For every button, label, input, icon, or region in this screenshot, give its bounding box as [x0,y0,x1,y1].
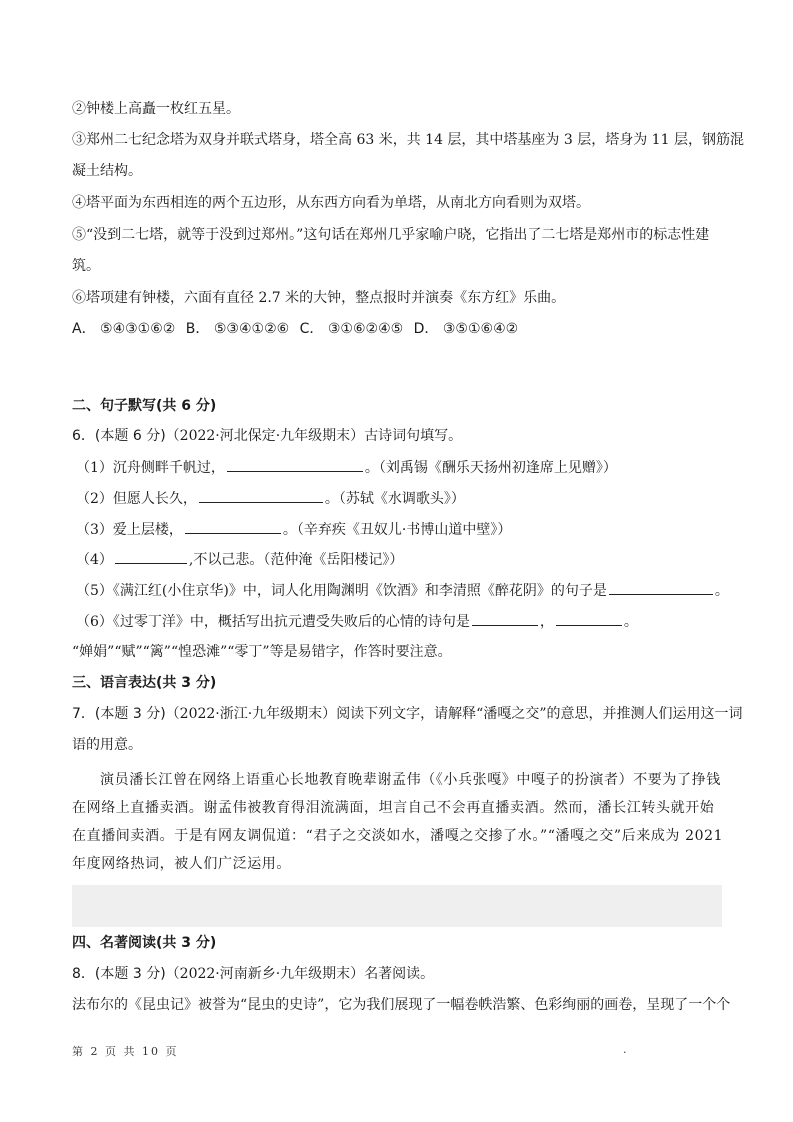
item-marker: ② [72,101,86,117]
exam-page: ②钟楼上高矗一枚红五星。 ③郑州二七纪念塔为双身并联式塔身，塔全高 63 米，共… [0,0,793,1122]
item-text: 塔项建有钟楼，六面有直径 2.7 米的大钟，整点报时并演奏《东方红》乐曲。 [86,290,565,306]
question-7-stem-continuation: 语的用意。 [72,735,727,755]
answer-area[interactable] [72,885,722,927]
question-score: (本题 3 分) [95,706,166,722]
page-number: 第 2 页 共 10 页 [72,1043,178,1059]
item-text: 郑州二七纪念塔为双身并联式塔身，塔全高 63 米，共 14 层，其中塔基座为 3… [86,132,744,148]
answer-blank[interactable] [115,549,187,564]
option-a[interactable]: A． ⑤④③①⑥② [72,321,175,337]
q6-item-2: （2）但愿人长久，。（苏轼《水调歌头》） [76,488,731,509]
q5-item-6: ⑥塔项建有钟楼，六面有直径 2.7 米的大钟，整点报时并演奏《东方红》乐曲。 [72,288,727,308]
q5-item-3: ③郑州二七纪念塔为双身并联式塔身，塔全高 63 米，共 14 层，其中塔基座为 … [72,130,727,150]
question-source: （2022·河北保定·九年级期末） [166,428,365,444]
section-4-heading: 四、名著阅读(共 3 分) [72,933,727,953]
reading-passage: 演员潘长江曾在网络上语重心长地教育晚辈谢孟伟（《小兵张嘎》中嘎子的扮演者）不要为… [72,766,724,878]
item-text: “没到二七塔，就等于没到过郑州。”这句话在郑州几乎家喻户晓，它指出了二七塔是郑州… [86,227,709,243]
q5-item-5-continuation: 筑。 [72,256,727,276]
answer-blank[interactable] [227,457,363,472]
q5-item-3-continuation: 凝土结构。 [72,161,727,181]
question-7-stem: 7．(本题 3 分)（2022·浙江·九年级期末）阅读下列文字，请解释“潘嘎之交… [72,704,727,724]
q5-item-2: ②钟楼上高矗一枚红五星。 [72,99,727,119]
item-marker: ④ [72,195,86,211]
option-b[interactable]: B． ⑤③④①②⑥ [186,321,289,337]
answer-blank[interactable] [185,519,281,534]
item-text: 钟楼上高矗一枚红五星。 [86,101,240,117]
question-8-stem: 8．(本题 3 分)（2022·河南新乡·九年级期末）名著阅读。 [72,964,727,984]
q6-item-6: （6）《过零丁洋》中，概括写出抗元遭受失败后的心情的诗句是，。 [76,611,731,632]
answer-blank[interactable] [556,611,622,626]
q6-item-4: （4）,不以己悲。（范仲淹《岳阳楼记》） [76,549,731,570]
q6-item-3: （3）爱上层楼，。（辛弃疾《丑奴儿·书博山道中壁》） [76,519,731,540]
q5-item-4: ④塔平面为东西相连的两个五边形，从东西方向看为单塔，从南北方向看则为双塔。 [72,193,727,213]
question-number: 8． [72,966,95,982]
section-2-heading: 二、句子默写(共 6 分) [72,396,727,416]
q5-item-5: ⑤“没到二七塔，就等于没到过郑州。”这句话在郑州几乎家喻户晓，它指出了二七塔是郑… [72,225,727,245]
answer-blank[interactable] [472,611,538,626]
q6-item-5: （5）《满江红(小住京华)》中，词人化用陶渊明《饮酒》和李清照《醉花阴》的句子是… [76,580,731,601]
item-marker: ③ [72,132,86,148]
q6-item-1: （1）沉舟侧畔千帆过，。（刘禹锡《酬乐天扬州初逢席上见赠》） [76,457,731,478]
question-source: （2022·河南新乡·九年级期末） [166,966,365,982]
question-prompt: 阅读下列文字，请解释“潘嘎之交”的意思，并推测人们运用这一词 [336,706,742,722]
footer-dot: . [623,1043,629,1056]
option-d[interactable]: D． ③⑤①⑥④② [414,321,519,337]
question-number: 6． [72,428,95,444]
question-prompt: 古诗词句填写。 [364,428,462,444]
question-source: （2022·浙江·九年级期末） [166,706,337,722]
question-8-text: 法布尔的《昆虫记》被誉为“昆虫的史诗”，它为我们展现了一幅卷帙浩繁、色彩绚丽的画… [72,995,727,1015]
question-score: (本题 3 分) [95,966,166,982]
question-number: 7． [72,706,95,722]
question-6-stem: 6．(本题 6 分)（2022·河北保定·九年级期末）古诗词句填写。 [72,426,727,446]
answer-blank[interactable] [199,488,323,503]
item-text: 塔平面为东西相连的两个五边形，从东西方向看为单塔，从南北方向看则为双塔。 [86,195,590,211]
answer-blank[interactable] [609,580,713,595]
section-2-note: “婵娟”“赋”“篱”“惶恐滩”“零丁”等是易错字，作答时要注意。 [72,642,727,662]
question-prompt: 名著阅读。 [364,966,434,982]
section-3-heading: 三、语言表达(共 3 分) [72,673,727,693]
option-c[interactable]: C． ③①⑥②④⑤ [300,321,404,337]
item-marker: ⑤ [72,227,86,243]
item-marker: ⑥ [72,290,86,306]
question-score: (本题 6 分) [95,428,166,444]
q5-options: A． ⑤④③①⑥② B． ⑤③④①②⑥ C． ③①⑥②④⑤ D． ③⑤①⑥④② [72,319,727,339]
